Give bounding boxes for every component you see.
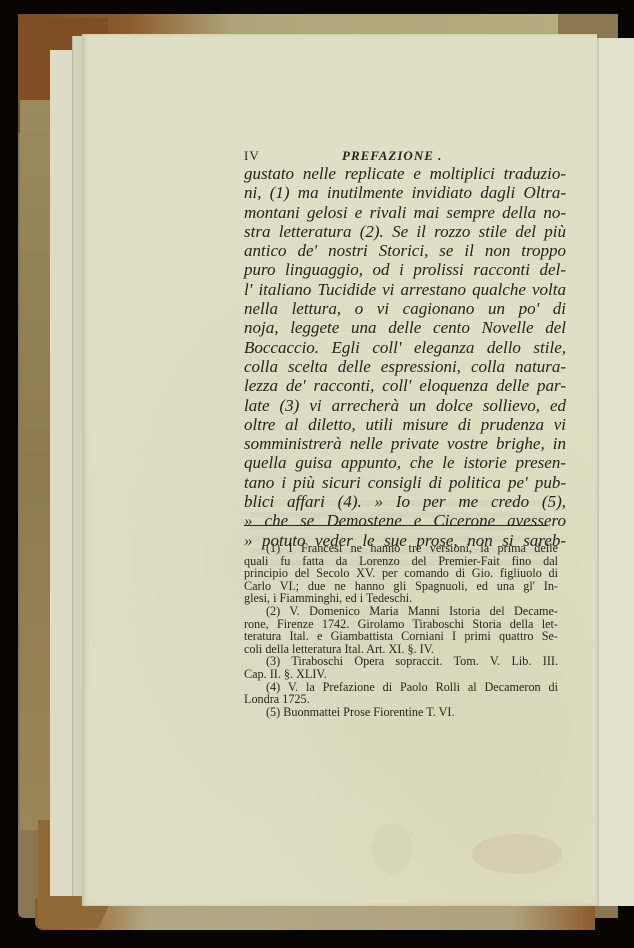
text-line: Boccaccio. Egli coll' eleganza dello sti… bbox=[244, 338, 566, 357]
footnote-separator-rule bbox=[244, 525, 546, 526]
text-line: ni, (1) ma inutilmente invidiato dagli O… bbox=[244, 183, 566, 202]
footnote-line: teratura Ital. e Giambattista Corniani I… bbox=[244, 630, 558, 643]
text-line: l' italiano Tucidide vi arrestano qualch… bbox=[244, 280, 566, 299]
text-line: nella lettura, o vi cagionano un po' di bbox=[244, 299, 566, 318]
footnote-line: (5) Buonmattei Prose Fiorentine T. VI. bbox=[244, 706, 558, 719]
footnote-line: Cap. II. §. XLIV. bbox=[244, 668, 558, 681]
text-line: somministrerà nelle private vostre brigh… bbox=[244, 434, 566, 453]
text-line: montani gelosi e rivali mai sempre della… bbox=[244, 203, 566, 222]
footnote-line: principio del Secolo XV. per comando di … bbox=[244, 567, 558, 580]
paper-stain bbox=[372, 824, 412, 874]
text-line: late (3) vi arrecherà un dolce sollievo,… bbox=[244, 396, 566, 415]
text-line: blici affari (4). » Io per me credo (5), bbox=[244, 492, 566, 511]
text-line: » che se Demostene e Cicerone avessero bbox=[244, 511, 566, 530]
text-line: lezza de' racconti, coll' eloquenza dell… bbox=[244, 376, 566, 395]
text-line: oltre al diletto, utili misure di pruden… bbox=[244, 415, 566, 434]
text-line: antico de' nostri Storici, se il non tro… bbox=[244, 241, 566, 260]
body-text: gustato nelle replicate e moltiplici tra… bbox=[244, 164, 566, 550]
text-line: quella guisa appunto, che le istorie pre… bbox=[244, 453, 566, 472]
text-line: noja, leggete una delle cento Novelle de… bbox=[244, 318, 566, 337]
text-line: gustato nelle replicate e moltiplici tra… bbox=[244, 164, 566, 183]
footnote-line: (2) V. Domenico Maria Manni Istoria del … bbox=[244, 605, 558, 618]
text-line: puro linguaggio, od i prolissi racconti … bbox=[244, 260, 566, 279]
text-line: tano i più sicuri consigli di politica p… bbox=[244, 473, 566, 492]
book-scan: IV PREFAZIONE . gustato nelle replicate … bbox=[0, 0, 634, 948]
next-page-edge bbox=[597, 38, 634, 906]
text-line: stra letteratura (2). Se il rozzo stile … bbox=[244, 222, 566, 241]
footnote-line: Londra 1725. bbox=[244, 693, 558, 706]
text-line: colla scelta delle espressioni, colla na… bbox=[244, 357, 566, 376]
page-number: IV bbox=[244, 148, 260, 164]
footnote-line: (1) I Francesi ne hanno tre versioni, la… bbox=[244, 542, 558, 555]
paper-stain bbox=[472, 834, 562, 874]
running-title: PREFAZIONE . bbox=[342, 148, 442, 164]
footnotes: (1) I Francesi ne hanno tre versioni, la… bbox=[244, 542, 558, 718]
